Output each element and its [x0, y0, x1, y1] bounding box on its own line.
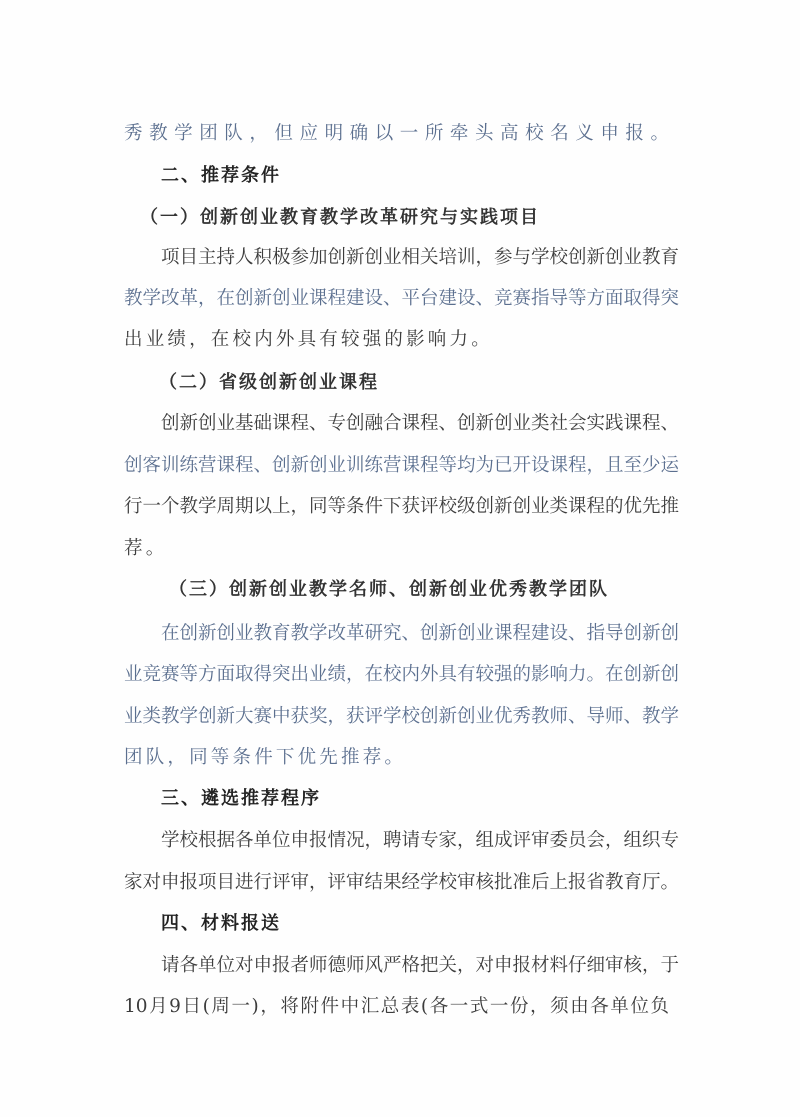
paragraph-line: 教学改革，在创新创业课程建设、平台建设、竞赛指导等方面取得突: [124, 287, 669, 311]
section-heading-material-submission: 四、材料报送: [161, 912, 711, 936]
paragraph-line: 业类教学创新大赛中获奖，获评学校创新创业优秀教师、导师、教学: [124, 705, 669, 729]
paragraph-line: 荐。: [124, 537, 674, 561]
paragraph-line: 业竞赛等方面取得突出业绩，在校内外具有较强的影响力。在创新创: [124, 663, 669, 687]
section-heading-recommendation-conditions: 二、推荐条件: [161, 164, 711, 188]
paragraph-line: 创客训练营课程、创新创业训练营课程等均为已开设课程，且至少运: [124, 454, 669, 478]
paragraph-line: 请各单位对申报者师德师风严格把关，对申报材料仔细审核，于: [161, 954, 669, 978]
section-heading-selection-procedure: 三、遴选推荐程序: [161, 787, 711, 811]
paragraph-line: 10月9日(周一)，将附件中汇总表(各一式一份，须由各单位负: [124, 995, 669, 1019]
paragraph-line: 家对申报项目进行评审，评审结果经学校审核批准后上报省教育厅。: [124, 871, 669, 895]
paragraph-line: 在创新创业教育教学改革研究、创新创业课程建设、指导创新创: [161, 622, 669, 646]
paragraph-line: 项目主持人积极参加创新创业相关培训，参与学校创新创业教育: [161, 246, 669, 270]
paragraph-line: 创新创业基础课程、专创融合课程、创新创业类社会实践课程、: [161, 412, 669, 436]
paragraph-line: 秀教学团队，但应明确以一所牵头高校名义申报。: [124, 122, 669, 146]
paragraph-line: 团队，同等条件下优先推荐。: [124, 746, 674, 770]
paragraph-line: 行一个教学周期以上，同等条件下获评校级创新创业类课程的优先推: [124, 495, 669, 519]
subsection-heading-reform-project: （一）创新创业教育教学改革研究与实践项目: [140, 206, 690, 230]
document-page: 秀教学团队，但应明确以一所牵头高校名义申报。 二、推荐条件 （一）创新创业教育教…: [0, 0, 800, 1117]
subsection-heading-teacher-team: （三）创新创业教学名师、创新创业优秀教学团队: [169, 578, 719, 602]
paragraph-line: 出业绩，在校内外具有较强的影响力。: [124, 328, 674, 352]
paragraph-line: 学校根据各单位申报情况，聘请专家，组成评审委员会，组织专: [161, 829, 669, 853]
subsection-heading-provincial-course: （二）省级创新创业课程: [159, 371, 709, 395]
